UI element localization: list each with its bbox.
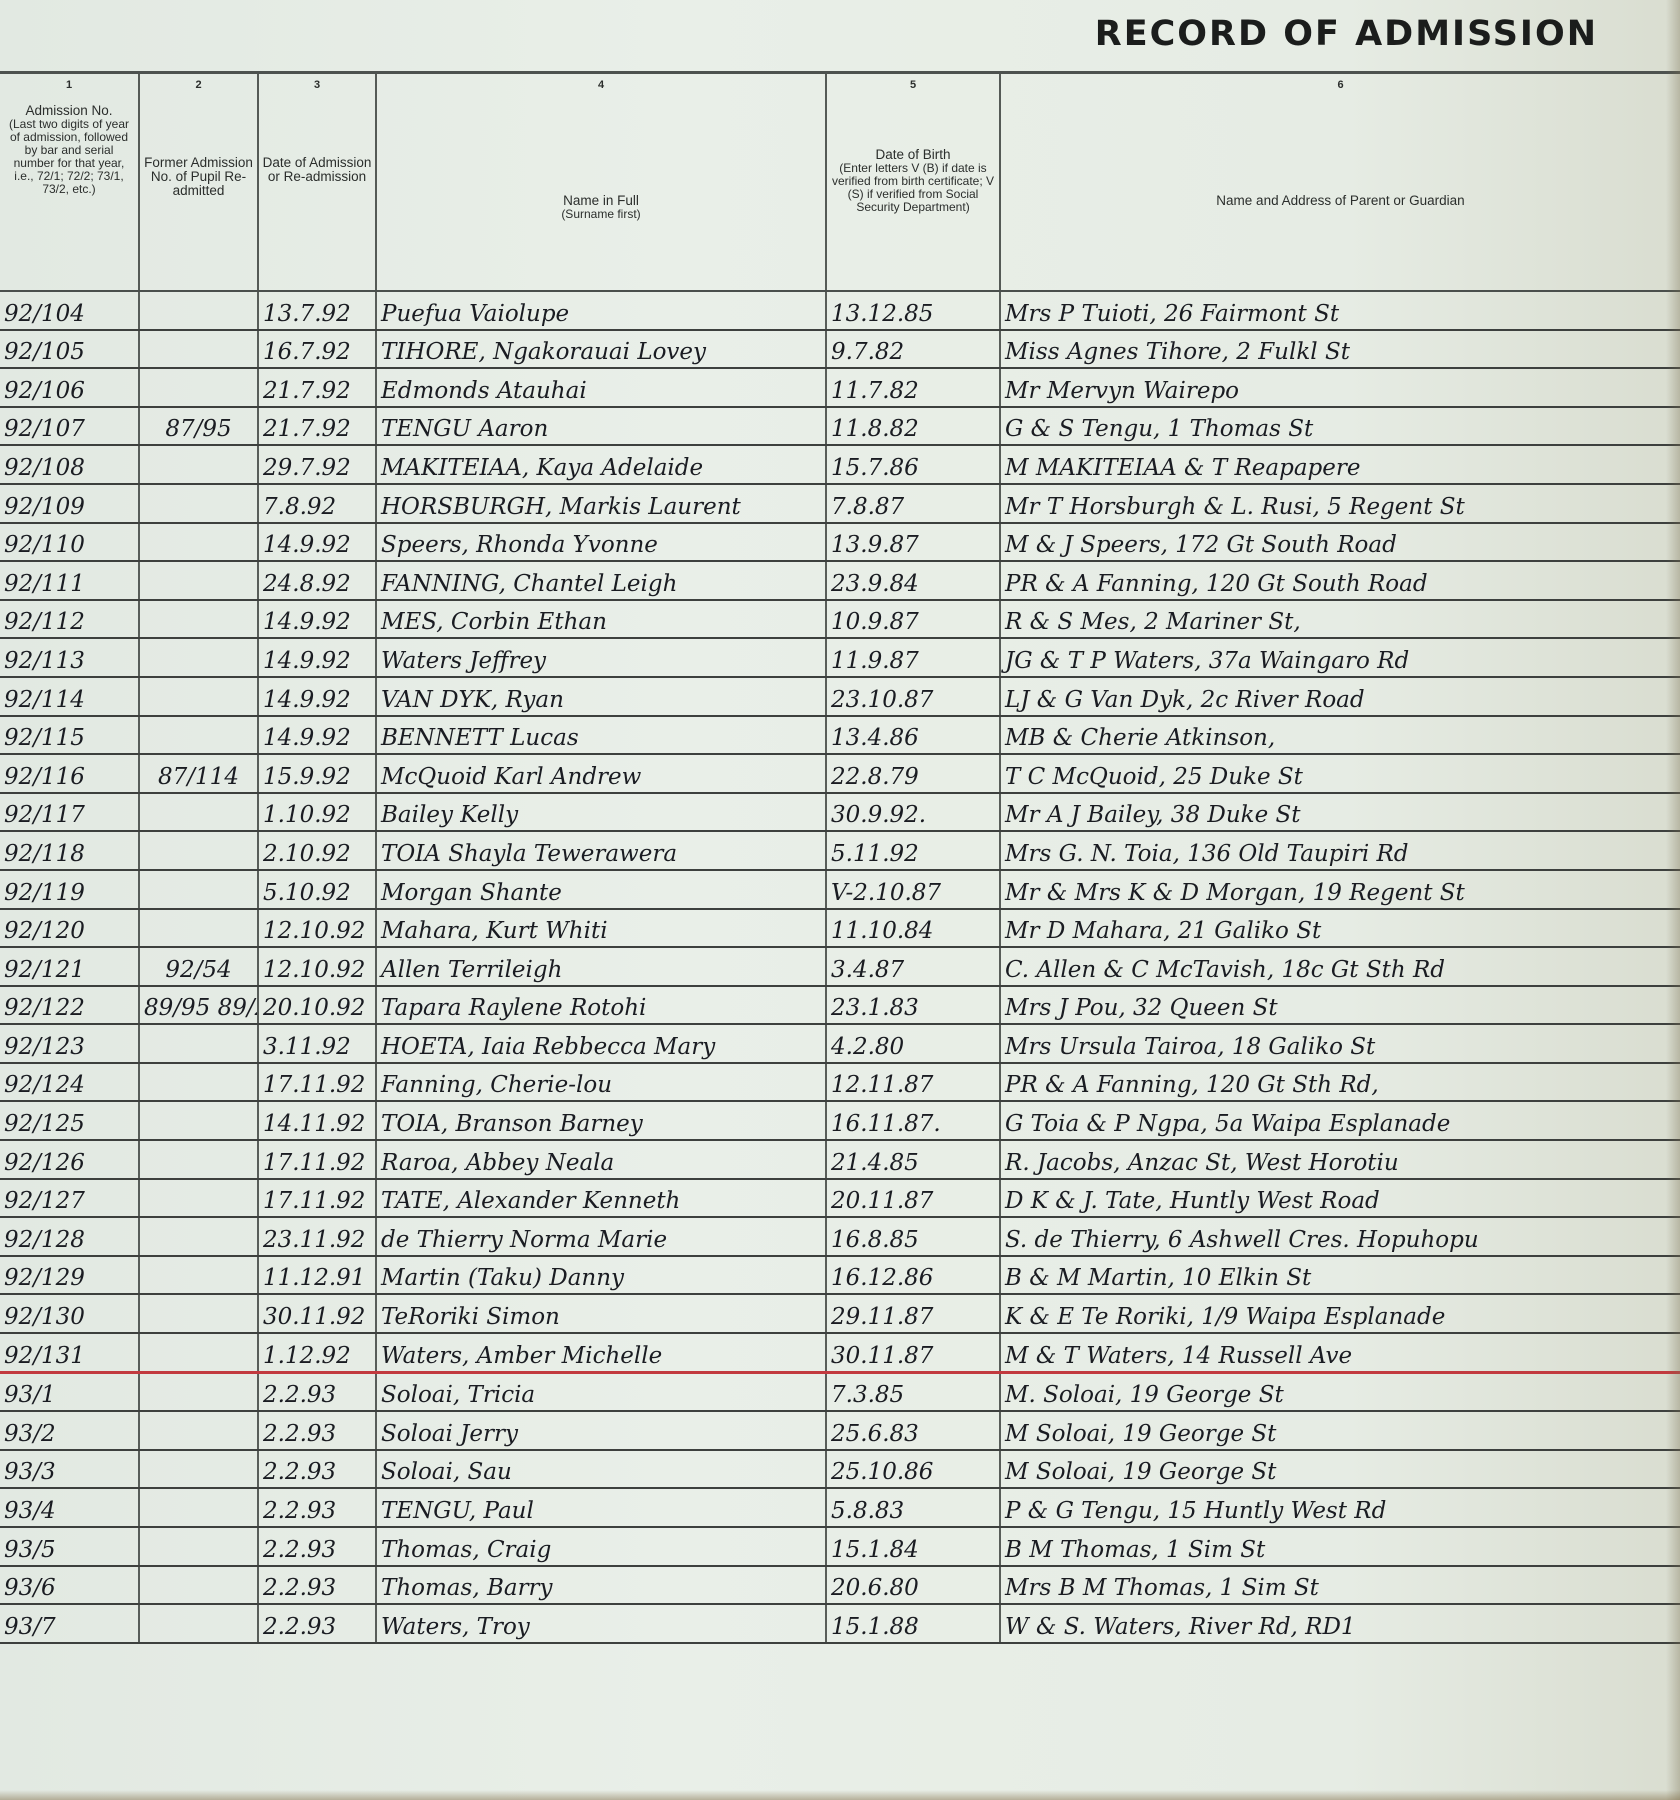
parent-guardian-cell: JG & T P Waters, 37a Waingaro Rd [1000,638,1680,677]
date-of-birth-cell: 11.10.84 [826,909,1000,948]
admission-register-table: 1 Admission No. (Last two digits of year… [0,74,1680,1644]
table-row: 92/1182.10.92TOIA Shayla Tewerawera5.11.… [0,831,1680,870]
date-of-birth-cell: 21.4.85 [826,1140,1000,1179]
date-of-birth-cell: 7.3.85 [826,1372,1000,1411]
parent-guardian-cell: Mrs Ursula Tairoa, 18 Galiko St [1000,1024,1680,1063]
admission-no-cell: 92/108 [0,445,139,484]
parent-guardian-cell: G Toia & P Ngpa, 5a Waipa Esplanade [1000,1101,1680,1140]
date-of-birth-cell: 16.11.87. [826,1101,1000,1140]
pupil-name-cell: Fanning, Cherie-lou [376,1063,826,1102]
date-of-admission-cell: 30.11.92 [258,1294,376,1333]
date-of-birth-cell: 13.12.85 [826,291,1000,330]
column-header-former-admission-no: 2 Former Admission No. of Pupil Re-admit… [139,74,258,291]
former-admission-no-cell: 87/95 [139,407,258,446]
parent-guardian-cell: M Soloai, 19 George St [1000,1411,1680,1450]
date-of-admission-cell: 16.7.92 [258,330,376,369]
table-row: 93/72.2.93Waters, Troy15.1.88W & S. Wate… [0,1604,1680,1643]
former-admission-no-cell [139,1411,258,1450]
pupil-name-cell: TATE, Alexander Kenneth [376,1179,826,1218]
date-of-birth-cell: 3.4.87 [826,947,1000,986]
former-admission-no-cell [139,291,258,330]
table-row: 93/22.2.93Soloai Jerry25.6.83M Soloai, 1… [0,1411,1680,1450]
date-of-birth-cell: 22.8.79 [826,754,1000,793]
former-admission-no-cell [139,909,258,948]
date-of-admission-cell: 5.10.92 [258,870,376,909]
date-of-birth-cell: 30.9.92. [826,793,1000,832]
table-row: 92/13030.11.92TeRoriki Simon29.11.87K & … [0,1294,1680,1333]
pupil-name-cell: Puefua Vaiolupe [376,291,826,330]
parent-guardian-cell: Mr D Mahara, 21 Galiko St [1000,909,1680,948]
table-row: 93/42.2.93TENGU, Paul5.8.83P & G Tengu, … [0,1488,1680,1527]
admission-no-cell: 92/117 [0,793,139,832]
date-of-admission-cell: 2.2.93 [258,1372,376,1411]
table-row: 93/32.2.93Soloai, Sau25.10.86M Soloai, 1… [0,1450,1680,1489]
parent-guardian-cell: Mrs B M Thomas, 1 Sim St [1000,1566,1680,1605]
date-of-birth-cell: 9.7.82 [826,330,1000,369]
date-of-birth-cell: 23.1.83 [826,986,1000,1025]
admission-no-cell: 92/111 [0,561,139,600]
parent-guardian-cell: Mr Mervyn Wairepo [1000,368,1680,407]
former-admission-no-cell [139,1063,258,1102]
admission-no-cell: 93/5 [0,1527,139,1566]
table-row: 92/10413.7.92Puefua Vaiolupe13.12.85Mrs … [0,291,1680,330]
table-row: 92/1171.10.92Bailey Kelly30.9.92.Mr A J … [0,793,1680,832]
date-of-birth-cell: 15.1.84 [826,1527,1000,1566]
parent-guardian-cell: Miss Agnes Tihore, 2 Fulkl St [1000,330,1680,369]
date-of-birth-cell: 4.2.80 [826,1024,1000,1063]
table-row: 92/10829.7.92MAKITEIAA, Kaya Adelaide15.… [0,445,1680,484]
pupil-name-cell: TIHORE, Ngakorauai Lovey [376,330,826,369]
admission-no-cell: 93/2 [0,1411,139,1450]
table-row: 92/11214.9.92MES, Corbin Ethan10.9.87R &… [0,600,1680,639]
parent-guardian-cell: M Soloai, 19 George St [1000,1450,1680,1489]
parent-guardian-cell: Mr T Horsburgh & L. Rusi, 5 Regent St [1000,484,1680,523]
former-admission-no-cell [139,1566,258,1605]
pupil-name-cell: Edmonds Atauhai [376,368,826,407]
pupil-name-cell: HOETA, Iaia Rebbecca Mary [376,1024,826,1063]
table-row: 92/10516.7.92TIHORE, Ngakorauai Lovey9.7… [0,330,1680,369]
date-of-birth-cell: 25.10.86 [826,1450,1000,1489]
parent-guardian-cell: K & E Te Roriki, 1/9 Waipa Esplanade [1000,1294,1680,1333]
ledger-page: RECORD OF ADMISSION 1 Admission No. (Las… [0,0,1680,1800]
parent-guardian-cell: R & S Mes, 2 Mariner St, [1000,600,1680,639]
page-title: RECORD OF ADMISSION [1095,14,1598,54]
parent-guardian-cell: T C McQuoid, 25 Duke St [1000,754,1680,793]
pupil-name-cell: Waters, Amber Michelle [376,1333,826,1372]
admission-no-cell: 92/131 [0,1333,139,1372]
date-of-birth-cell: 10.9.87 [826,600,1000,639]
admission-no-cell: 92/123 [0,1024,139,1063]
parent-guardian-cell: Mrs J Pou, 32 Queen St [1000,986,1680,1025]
table-row: 92/1097.8.92HORSBURGH, Markis Laurent7.8… [0,484,1680,523]
date-of-admission-cell: 21.7.92 [258,407,376,446]
pupil-name-cell: TeRoriki Simon [376,1294,826,1333]
pupil-name-cell: MES, Corbin Ethan [376,600,826,639]
former-admission-no-cell [139,600,258,639]
date-of-birth-cell: 11.9.87 [826,638,1000,677]
former-admission-no-cell [139,445,258,484]
table-row: 92/11687/11415.9.92McQuoid Karl Andrew22… [0,754,1680,793]
pupil-name-cell: Raroa, Abbey Neala [376,1140,826,1179]
admission-no-cell: 92/107 [0,407,139,446]
date-of-admission-cell: 29.7.92 [258,445,376,484]
former-admission-no-cell [139,1372,258,1411]
date-of-birth-cell: 13.9.87 [826,523,1000,562]
admission-no-cell: 92/113 [0,638,139,677]
table-row: 92/11314.9.92Waters Jeffrey11.9.87JG & T… [0,638,1680,677]
former-admission-no-cell [139,1140,258,1179]
former-admission-no-cell [139,1179,258,1218]
admission-no-cell: 92/114 [0,677,139,716]
date-of-admission-cell: 17.11.92 [258,1140,376,1179]
pupil-name-cell: FANNING, Chantel Leigh [376,561,826,600]
admission-no-cell: 93/6 [0,1566,139,1605]
pupil-name-cell: Waters, Troy [376,1604,826,1643]
pupil-name-cell: BENNETT Lucas [376,716,826,755]
register-entries: 92/10413.7.92Puefua Vaiolupe13.12.85Mrs … [0,291,1680,1643]
table-row: 92/11014.9.92Speers, Rhonda Yvonne13.9.8… [0,523,1680,562]
pupil-name-cell: Soloai Jerry [376,1411,826,1450]
column-header-date-of-birth: 5 Date of Birth (Enter letters V (B) if … [826,74,1000,291]
parent-guardian-cell: M & T Waters, 14 Russell Ave [1000,1333,1680,1372]
admission-no-cell: 92/126 [0,1140,139,1179]
admission-no-cell: 92/110 [0,523,139,562]
parent-guardian-cell: MB & Cherie Atkinson, [1000,716,1680,755]
parent-guardian-cell: W & S. Waters, River Rd, RD1 [1000,1604,1680,1643]
date-of-admission-cell: 14.9.92 [258,716,376,755]
admission-no-cell: 92/122 [0,986,139,1025]
table-row: 93/52.2.93Thomas, Craig15.1.84B M Thomas… [0,1527,1680,1566]
date-of-birth-cell: 23.9.84 [826,561,1000,600]
admission-no-cell: 92/128 [0,1217,139,1256]
date-of-birth-cell: 13.4.86 [826,716,1000,755]
table-row: 92/1311.12.92Waters, Amber Michelle30.11… [0,1333,1680,1372]
pupil-name-cell: Waters Jeffrey [376,638,826,677]
date-of-admission-cell: 13.7.92 [258,291,376,330]
pupil-name-cell: Allen Terrileigh [376,947,826,986]
former-admission-no-cell [139,330,258,369]
pupil-name-cell: de Thierry Norma Marie [376,1217,826,1256]
table-row: 92/12717.11.92TATE, Alexander Kenneth20.… [0,1179,1680,1218]
parent-guardian-cell: R. Jacobs, Anzac St, West Horotiu [1000,1140,1680,1179]
date-of-admission-cell: 2.10.92 [258,831,376,870]
page-bottom-edge [0,1790,1680,1800]
admission-no-cell: 92/116 [0,754,139,793]
date-of-birth-cell: 11.8.82 [826,407,1000,446]
former-admission-no-cell [139,1450,258,1489]
table-row: 92/10621.7.92Edmonds Atauhai11.7.82Mr Me… [0,368,1680,407]
date-of-admission-cell: 23.11.92 [258,1217,376,1256]
date-of-birth-cell: 30.11.87 [826,1333,1000,1372]
pupil-name-cell: TENGU, Paul [376,1488,826,1527]
date-of-admission-cell: 1.10.92 [258,793,376,832]
table-row: 92/12514.11.92TOIA, Branson Barney16.11.… [0,1101,1680,1140]
table-row: 92/12417.11.92Fanning, Cherie-lou12.11.8… [0,1063,1680,1102]
former-admission-no-cell: 92/54 [139,947,258,986]
date-of-admission-cell: 7.8.92 [258,484,376,523]
pupil-name-cell: TOIA, Branson Barney [376,1101,826,1140]
former-admission-no-cell [139,484,258,523]
admission-no-cell: 92/121 [0,947,139,986]
date-of-birth-cell: 15.7.86 [826,445,1000,484]
parent-guardian-cell: Mrs P Tuioti, 26 Fairmont St [1000,291,1680,330]
parent-guardian-cell: M & J Speers, 172 Gt South Road [1000,523,1680,562]
pupil-name-cell: Mahara, Kurt Whiti [376,909,826,948]
table-row: 92/12617.11.92Raroa, Abbey Neala21.4.85R… [0,1140,1680,1179]
pupil-name-cell: Thomas, Craig [376,1527,826,1566]
pupil-name-cell: Tapara Raylene Rotohi [376,986,826,1025]
former-admission-no-cell [139,793,258,832]
former-admission-no-cell [139,561,258,600]
date-of-admission-cell: 20.10.92 [258,986,376,1025]
table-row: 92/12911.12.91Martin (Taku) Danny16.12.8… [0,1256,1680,1295]
date-of-birth-cell: 25.6.83 [826,1411,1000,1450]
date-of-admission-cell: 2.2.93 [258,1527,376,1566]
date-of-birth-cell: V-2.10.87 [826,870,1000,909]
pupil-name-cell: Thomas, Barry [376,1566,826,1605]
table-row: 92/11514.9.92BENNETT Lucas13.4.86MB & Ch… [0,716,1680,755]
date-of-birth-cell: 16.8.85 [826,1217,1000,1256]
date-of-birth-cell: 23.10.87 [826,677,1000,716]
pupil-name-cell: TOIA Shayla Tewerawera [376,831,826,870]
admission-no-cell: 92/109 [0,484,139,523]
admission-no-cell: 92/112 [0,600,139,639]
date-of-admission-cell: 14.9.92 [258,600,376,639]
table-row: 92/12823.11.92de Thierry Norma Marie16.8… [0,1217,1680,1256]
date-of-admission-cell: 21.7.92 [258,368,376,407]
date-of-admission-cell: 1.12.92 [258,1333,376,1372]
parent-guardian-cell: M. Soloai, 19 George St [1000,1372,1680,1411]
admission-no-cell: 92/125 [0,1101,139,1140]
date-of-admission-cell: 14.11.92 [258,1101,376,1140]
date-of-birth-cell: 29.11.87 [826,1294,1000,1333]
admission-no-cell: 92/118 [0,831,139,870]
former-admission-no-cell [139,1217,258,1256]
parent-guardian-cell: PR & A Fanning, 120 Gt Sth Rd, [1000,1063,1680,1102]
parent-guardian-cell: C. Allen & C McTavish, 18c Gt Sth Rd [1000,947,1680,986]
parent-guardian-cell: D K & J. Tate, Huntly West Road [1000,1179,1680,1218]
pupil-name-cell: VAN DYK, Ryan [376,677,826,716]
pupil-name-cell: Bailey Kelly [376,793,826,832]
former-admission-no-cell [139,677,258,716]
date-of-birth-cell: 12.11.87 [826,1063,1000,1102]
pupil-name-cell: TENGU Aaron [376,407,826,446]
parent-guardian-cell: P & G Tengu, 15 Huntly West Rd [1000,1488,1680,1527]
date-of-admission-cell: 14.9.92 [258,523,376,562]
admission-no-cell: 92/124 [0,1063,139,1102]
table-row: 92/11124.8.92FANNING, Chantel Leigh23.9.… [0,561,1680,600]
former-admission-no-cell [139,831,258,870]
column-header-parent-guardian: 6 Name and Address of Parent or Guardian [1000,74,1680,291]
date-of-birth-cell: 5.11.92 [826,831,1000,870]
page-edge-shadow [1666,0,1680,1800]
date-of-admission-cell: 15.9.92 [258,754,376,793]
date-of-admission-cell: 3.11.92 [258,1024,376,1063]
admission-no-cell: 92/129 [0,1256,139,1295]
table-row: 92/12289/95 89/2120.10.92Tapara Raylene … [0,986,1680,1025]
table-row: 92/11414.9.92VAN DYK, Ryan23.10.87LJ & G… [0,677,1680,716]
parent-guardian-cell: Mr & Mrs K & D Morgan, 19 Regent St [1000,870,1680,909]
date-of-admission-cell: 2.2.93 [258,1604,376,1643]
former-admission-no-cell [139,1527,258,1566]
date-of-admission-cell: 24.8.92 [258,561,376,600]
parent-guardian-cell: Mrs G. N. Toia, 136 Old Taupiri Rd [1000,831,1680,870]
date-of-admission-cell: 14.9.92 [258,638,376,677]
admission-no-cell: 92/106 [0,368,139,407]
date-of-birth-cell: 16.12.86 [826,1256,1000,1295]
former-admission-no-cell [139,1333,258,1372]
pupil-name-cell: Morgan Shante [376,870,826,909]
date-of-birth-cell: 11.7.82 [826,368,1000,407]
admission-no-cell: 92/130 [0,1294,139,1333]
admission-no-cell: 92/120 [0,909,139,948]
former-admission-no-cell [139,523,258,562]
former-admission-no-cell [139,1024,258,1063]
table-row: 92/12192/5412.10.92Allen Terrileigh3.4.8… [0,947,1680,986]
former-admission-no-cell: 87/114 [139,754,258,793]
former-admission-no-cell: 89/95 89/21 [139,986,258,1025]
date-of-birth-cell: 7.8.87 [826,484,1000,523]
date-of-admission-cell: 11.12.91 [258,1256,376,1295]
admission-no-cell: 93/4 [0,1488,139,1527]
date-of-admission-cell: 17.11.92 [258,1179,376,1218]
admission-no-cell: 93/1 [0,1372,139,1411]
former-admission-no-cell [139,1488,258,1527]
former-admission-no-cell [139,1604,258,1643]
admission-no-cell: 92/115 [0,716,139,755]
parent-guardian-cell: M MAKITEIAA & T Reapapere [1000,445,1680,484]
date-of-admission-cell: 12.10.92 [258,909,376,948]
parent-guardian-cell: B & M Martin, 10 Elkin St [1000,1256,1680,1295]
parent-guardian-cell: PR & A Fanning, 120 Gt South Road [1000,561,1680,600]
date-of-admission-cell: 2.2.93 [258,1566,376,1605]
date-of-birth-cell: 5.8.83 [826,1488,1000,1527]
date-of-birth-cell: 20.11.87 [826,1179,1000,1218]
table-row: 93/62.2.93Thomas, Barry20.6.80Mrs B M Th… [0,1566,1680,1605]
date-of-birth-cell: 15.1.88 [826,1604,1000,1643]
admission-no-cell: 92/119 [0,870,139,909]
former-admission-no-cell [139,1256,258,1295]
parent-guardian-cell: S. de Thierry, 6 Ashwell Cres. Hopuhopu [1000,1217,1680,1256]
date-of-admission-cell: 12.10.92 [258,947,376,986]
former-admission-no-cell [139,1294,258,1333]
admission-no-cell: 93/3 [0,1450,139,1489]
date-of-admission-cell: 14.9.92 [258,677,376,716]
date-of-admission-cell: 17.11.92 [258,1063,376,1102]
date-of-admission-cell: 2.2.93 [258,1411,376,1450]
former-admission-no-cell [139,716,258,755]
parent-guardian-cell: B M Thomas, 1 Sim St [1000,1527,1680,1566]
admission-no-cell: 92/105 [0,330,139,369]
pupil-name-cell: Soloai, Tricia [376,1372,826,1411]
header-row: 1 Admission No. (Last two digits of year… [0,74,1680,291]
column-header-date-of-admission: 3 Date of Admission or Re-admission [258,74,376,291]
pupil-name-cell: Soloai, Sau [376,1450,826,1489]
date-of-admission-cell: 2.2.93 [258,1488,376,1527]
pupil-name-cell: MAKITEIAA, Kaya Adelaide [376,445,826,484]
pupil-name-cell: HORSBURGH, Markis Laurent [376,484,826,523]
former-admission-no-cell [139,368,258,407]
table-row: 92/1195.10.92Morgan ShanteV-2.10.87Mr & … [0,870,1680,909]
former-admission-no-cell [139,870,258,909]
date-of-birth-cell: 20.6.80 [826,1566,1000,1605]
admission-no-cell: 92/104 [0,291,139,330]
table-row: 92/1233.11.92HOETA, Iaia Rebbecca Mary4.… [0,1024,1680,1063]
date-of-admission-cell: 2.2.93 [258,1450,376,1489]
admission-no-cell: 92/127 [0,1179,139,1218]
table-row: 92/12012.10.92Mahara, Kurt Whiti11.10.84… [0,909,1680,948]
table-row: 93/12.2.93Soloai, Tricia7.3.85M. Soloai,… [0,1372,1680,1411]
column-header-admission-no: 1 Admission No. (Last two digits of year… [0,74,139,291]
former-admission-no-cell [139,1101,258,1140]
parent-guardian-cell: G & S Tengu, 1 Thomas St [1000,407,1680,446]
former-admission-no-cell [139,638,258,677]
pupil-name-cell: Speers, Rhonda Yvonne [376,523,826,562]
pupil-name-cell: McQuoid Karl Andrew [376,754,826,793]
parent-guardian-cell: Mr A J Bailey, 38 Duke St [1000,793,1680,832]
pupil-name-cell: Martin (Taku) Danny [376,1256,826,1295]
column-header-name-in-full: 4 Name in Full (Surname first) [376,74,826,291]
parent-guardian-cell: LJ & G Van Dyk, 2c River Road [1000,677,1680,716]
table-row: 92/10787/9521.7.92TENGU Aaron11.8.82G & … [0,407,1680,446]
admission-no-cell: 93/7 [0,1604,139,1643]
